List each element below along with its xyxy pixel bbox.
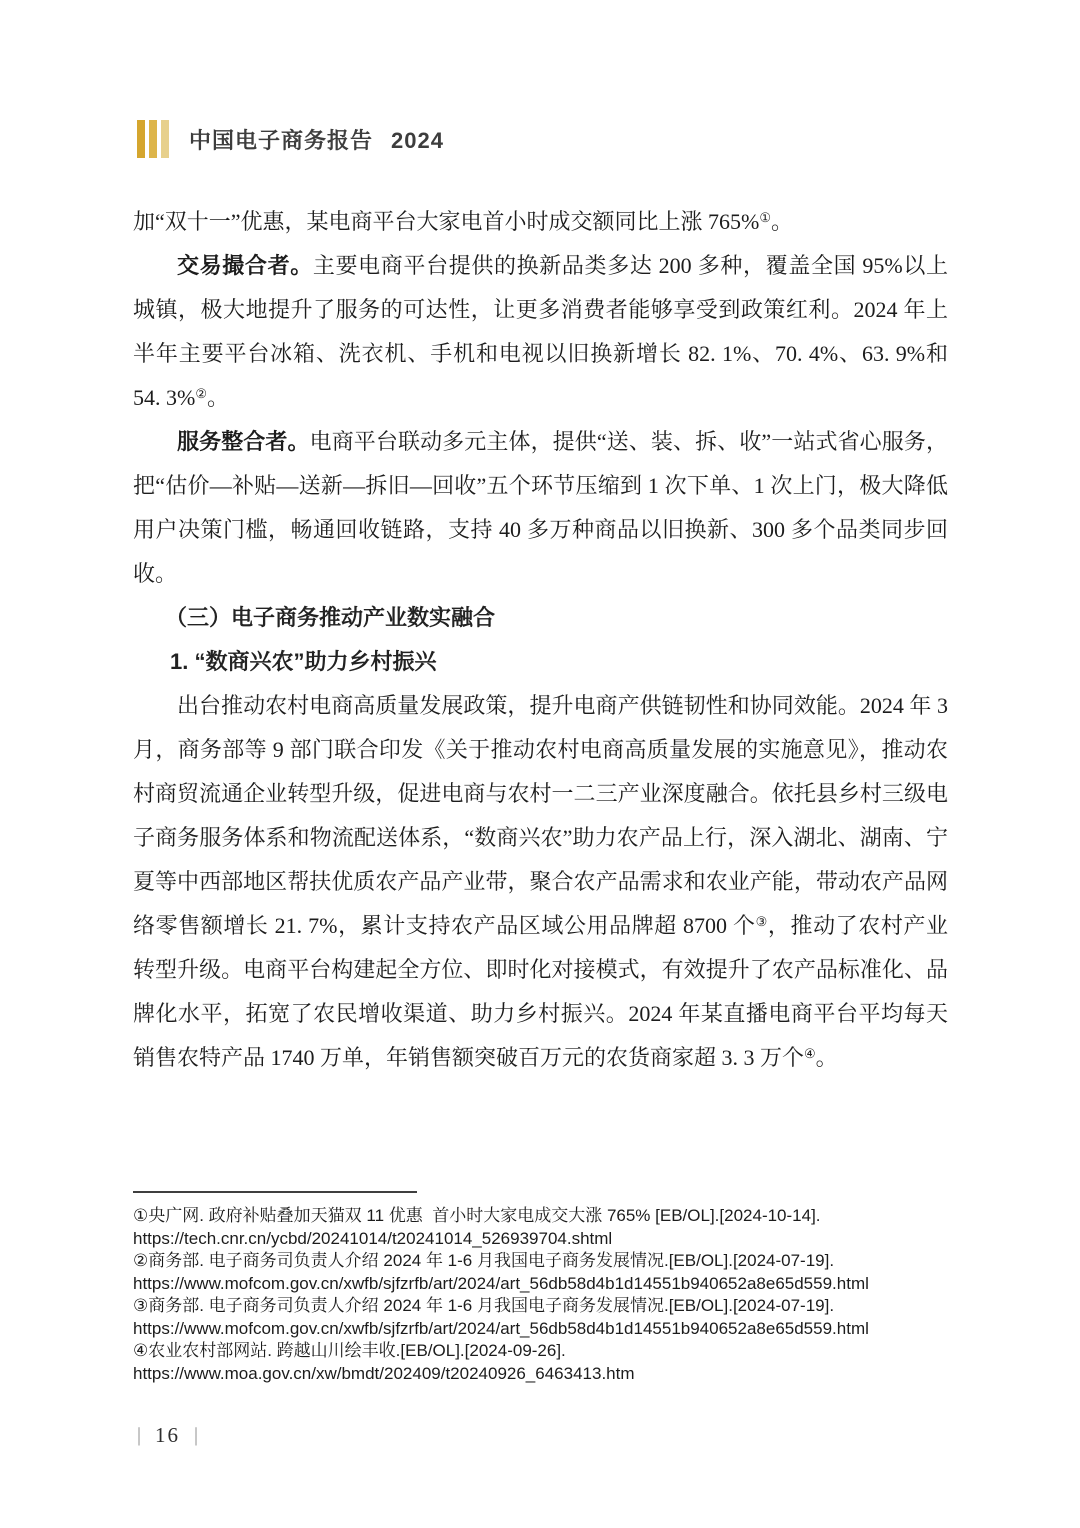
- footnote-url: https://www.moa.gov.cn/xw/bmdt/202409/t2…: [133, 1363, 948, 1386]
- page-number-left-bar: |: [137, 1424, 141, 1447]
- text-run: 出台推动农村电商高质量发展政策，提升电商产供链韧性和协同效能。2024 年 3 …: [133, 693, 948, 938]
- footnote-ref: ③: [756, 914, 768, 929]
- footnote-url: https://www.mofcom.gov.cn/xwfb/sjfzrfb/a…: [133, 1318, 948, 1341]
- text-run: 。: [771, 209, 793, 234]
- report-title-group: 中国电子商务报告2024: [189, 124, 444, 155]
- brand-bars-icon: [137, 120, 173, 158]
- section-heading: （三）电子商务推动产业数实融合: [133, 596, 948, 640]
- footnote-ref: ①: [759, 210, 771, 225]
- text-run: 。: [816, 1045, 838, 1070]
- brand-bar-2: [149, 120, 157, 158]
- body-paragraph: 交易撮合者。主要电商平台提供的换新品类多达 200 多种，覆盖全国 95%以上城…: [133, 244, 948, 420]
- bold-run: 交易撮合者。: [177, 253, 313, 278]
- text-run: 1. “数商兴农”助力乡村振兴: [170, 649, 436, 674]
- footnote-ref: ④: [804, 1046, 816, 1061]
- brand-bar-1: [137, 120, 145, 158]
- text-run: 加“双十一”优惠，某电商平台大家电首小时成交额同比上涨 765%: [133, 209, 759, 234]
- page-number: | 16 |: [137, 1423, 198, 1448]
- footnote-text: ④农业农村部网站. 跨越山川绘丰收.[EB/OL].[2024-09-26].: [133, 1340, 948, 1363]
- footnote-list: ①央广网. 政府补贴叠加天猫双 11 优惠 首小时大家电成交大涨 765% [E…: [133, 1205, 948, 1385]
- page-number-right-bar: |: [194, 1424, 198, 1447]
- text-run: 。: [207, 385, 229, 410]
- bold-run: 服务整合者。: [177, 429, 310, 454]
- footnote-separator: [133, 1191, 417, 1193]
- body-paragraph: 服务整合者。电商平台联动多元主体，提供“送、装、拆、收”一站式省心服务，把“估价…: [133, 420, 948, 596]
- report-page: 中国电子商务报告2024 加“双十一”优惠，某电商平台大家电首小时成交额同比上涨…: [0, 0, 1080, 1528]
- text-run: （三）电子商务推动产业数实融合: [165, 605, 495, 630]
- brand-bar-3: [161, 120, 169, 158]
- page-header: 中国电子商务报告2024: [137, 120, 444, 158]
- document-body: 加“双十一”优惠，某电商平台大家电首小时成交额同比上涨 765%①。交易撮合者。…: [133, 200, 948, 1080]
- footnote-area: ①央广网. 政府补贴叠加天猫双 11 优惠 首小时大家电成交大涨 765% [E…: [133, 1191, 948, 1385]
- footnote-text: ③商务部. 电子商务司负责人介绍 2024 年 1-6 月我国电子商务发展情况.…: [133, 1295, 948, 1318]
- report-title: 中国电子商务报告: [189, 128, 373, 153]
- footnote-url: https://www.mofcom.gov.cn/xwfb/sjfzrfb/a…: [133, 1273, 948, 1296]
- report-year: 2024: [391, 128, 444, 153]
- body-paragraph: 加“双十一”优惠，某电商平台大家电首小时成交额同比上涨 765%①。: [133, 200, 948, 244]
- footnote-ref: ②: [195, 386, 207, 401]
- page-number-value: 16: [155, 1423, 180, 1448]
- footnote-url: https://tech.cnr.cn/ycbd/20241014/t20241…: [133, 1228, 948, 1251]
- subsection-heading: 1. “数商兴农”助力乡村振兴: [133, 640, 948, 684]
- body-paragraph: 出台推动农村电商高质量发展政策，提升电商产供链韧性和协同效能。2024 年 3 …: [133, 684, 948, 1080]
- footnote-text: ①央广网. 政府补贴叠加天猫双 11 优惠 首小时大家电成交大涨 765% [E…: [133, 1205, 948, 1228]
- footnote-text: ②商务部. 电子商务司负责人介绍 2024 年 1-6 月我国电子商务发展情况.…: [133, 1250, 948, 1273]
